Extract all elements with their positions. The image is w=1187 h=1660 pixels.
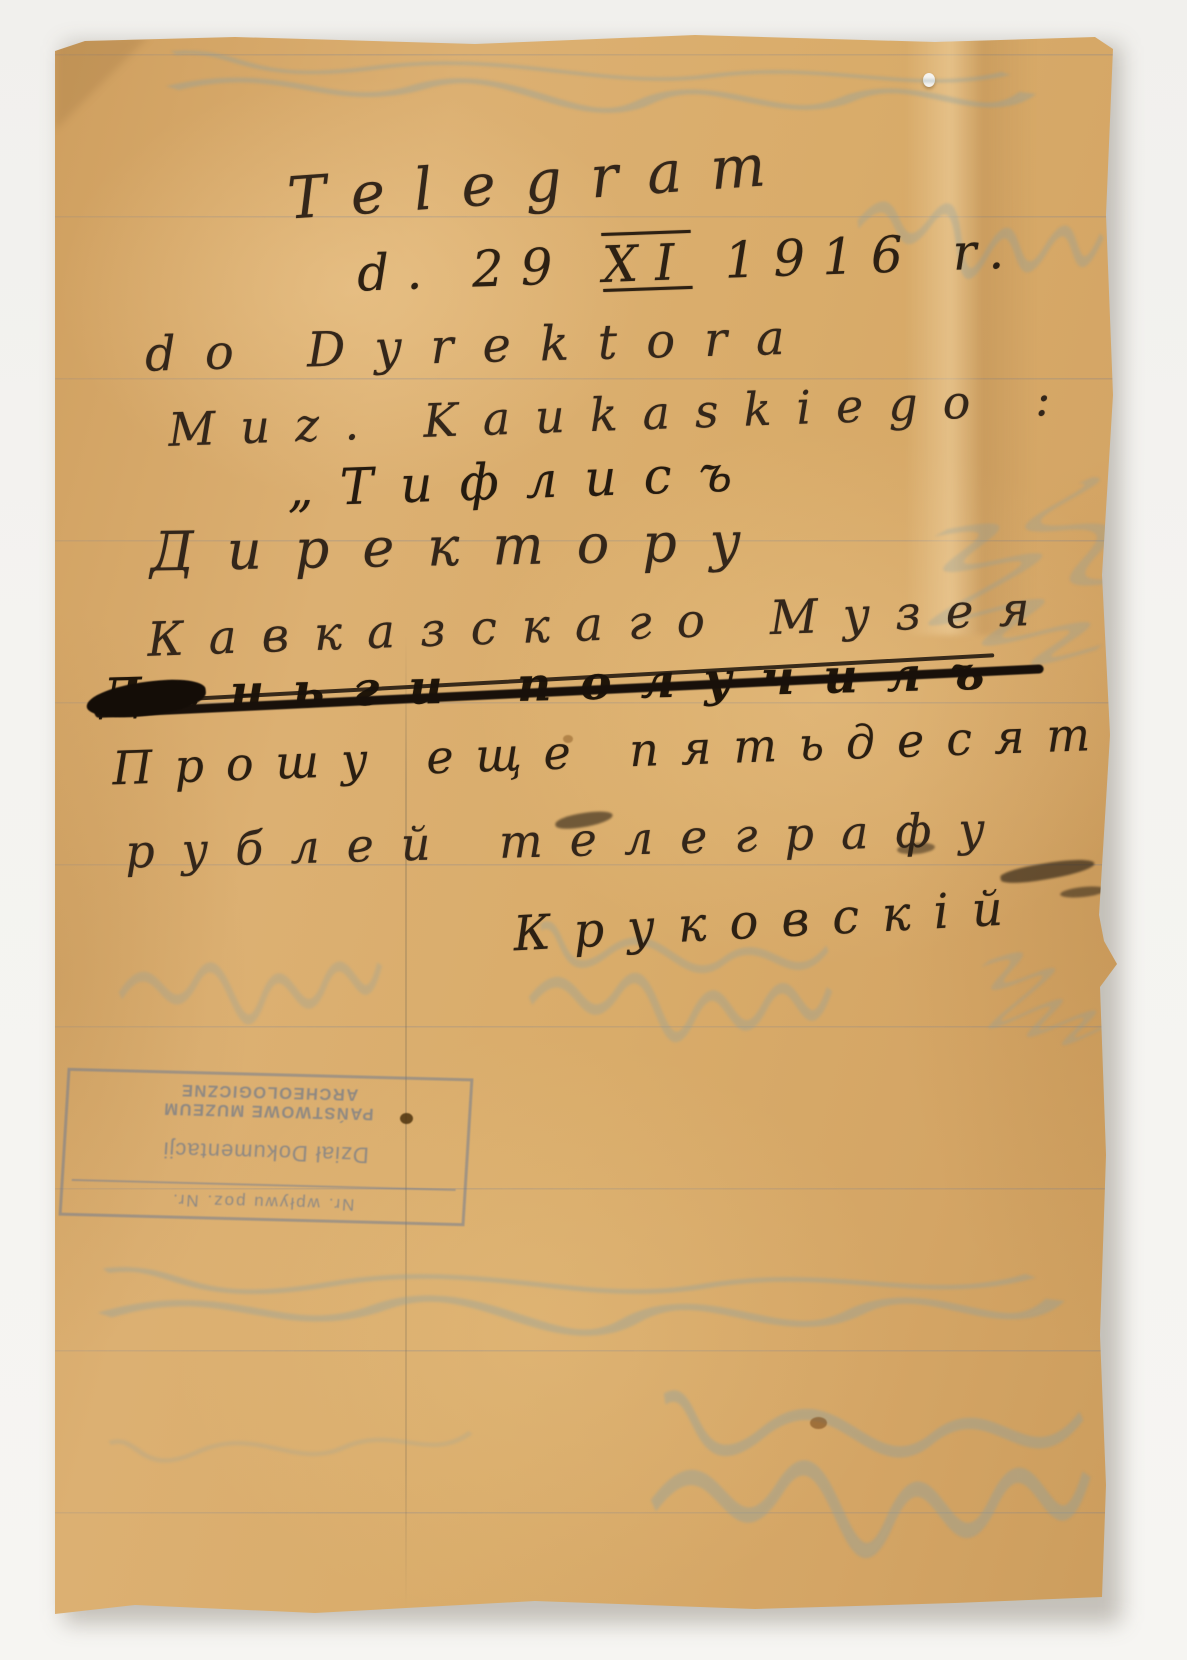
museum-accession-stamp: Nr. wpływu poz. Nr. Dział Dokumentacji P… xyxy=(59,1068,474,1226)
date-roman-numeral: XI xyxy=(601,233,692,294)
bleed-through-ghost-writing xyxy=(110,896,390,1064)
top-left-corner-shade xyxy=(55,35,150,130)
bleed-through-ghost-writing xyxy=(79,1251,1081,1363)
stamp-number-line: Nr. wpływu poz. Nr. xyxy=(70,1179,456,1217)
stamp-museum-line: PAŃSTWOWE MUZEUM ARCHEOLOGICZNE xyxy=(76,1077,462,1125)
scanned-telegram-document: Telegram d. 29 XI 1916 r. do Dyrektora M… xyxy=(0,0,1187,1660)
stamp-department-line: Dział Dokumentacji xyxy=(73,1134,458,1170)
bleed-through-ghost-writing xyxy=(634,1352,1106,1628)
bleed-through-ghost-writing xyxy=(100,1425,490,1515)
telegram-body-director: Директору xyxy=(149,510,774,584)
date-suffix: 1916 r. xyxy=(691,221,1022,290)
date-prefix: d. 29 xyxy=(356,236,603,303)
paper-stain xyxy=(563,735,573,743)
telegram-paper: Telegram d. 29 XI 1916 r. do Dyrektora M… xyxy=(55,35,1117,1615)
paper-stain xyxy=(810,1417,827,1429)
